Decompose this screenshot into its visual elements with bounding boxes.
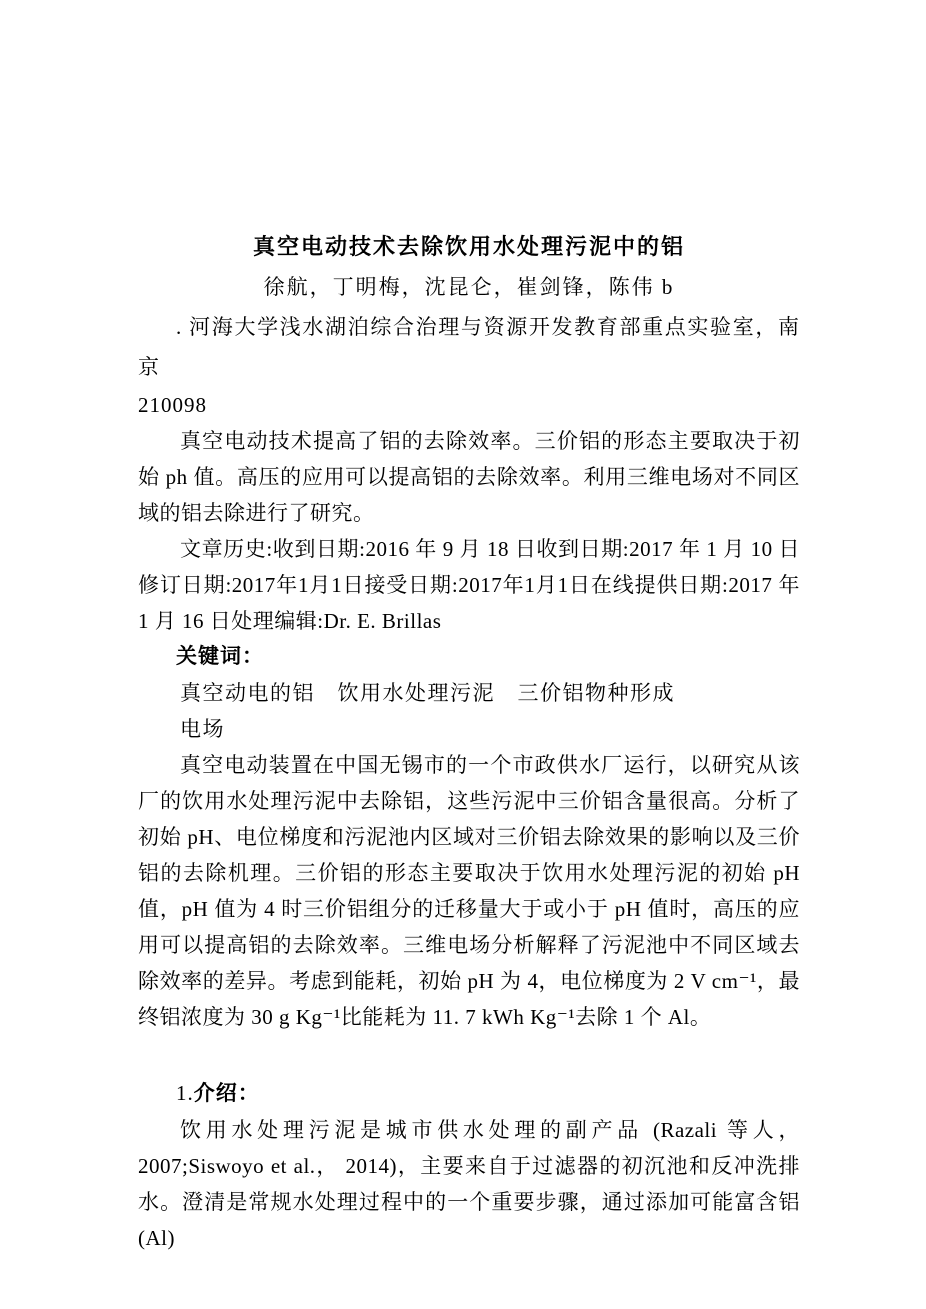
affiliation-postal-code: 210098 [138,387,800,423]
abstract-long-paragraph: 真空电动装置在中国无锡市的一个市政供水厂运行，以研究从该厂的饮用水处理污泥中去除… [138,747,800,1035]
intro-paragraph: 饮用水处理污泥是城市供水处理的副产品 (Razali 等人，2007;Siswo… [138,1112,800,1256]
abstract-short-paragraph: 真空电动技术提高了铝的去除效率。三价铝的形态主要取决于初始 ph 值。高压的应用… [138,423,800,531]
document-page: 真空电动技术去除饮用水处理污泥中的铝 徐航，丁明梅，沈昆仑，崔剑锋，陈伟 b .… [0,0,926,1309]
keywords-heading: 关键词： [138,639,800,675]
section-1-heading: 1.介绍： [138,1075,800,1112]
article-history-paragraph: 文章历史:收到日期:2016 年 9 月 18 日收到日期:2017 年 1 月… [138,531,800,639]
affiliation-line: . 河海大学浅水湖泊综合治理与资源开发教育部重点实验室，南京 [138,307,800,387]
document-title: 真空电动技术去除饮用水处理污泥中的铝 [138,227,800,267]
keywords-line: 真空动电的铝 饮用水处理污泥 三价铝物种形成 [138,675,800,711]
authors-line: 徐航，丁明梅，沈昆仑，崔剑锋，陈伟 b [138,267,800,307]
section-1-label: 介绍： [194,1082,260,1105]
keywords-line-2: 电场 [138,711,800,747]
section-1-number: 1. [176,1081,194,1105]
